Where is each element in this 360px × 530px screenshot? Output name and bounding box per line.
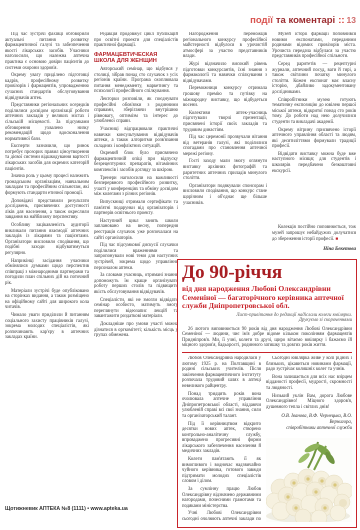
header-separator: :: bbox=[338, 15, 344, 26]
page-number: 13 bbox=[347, 15, 356, 25]
anniversary-left-column: Любов Олександрівна народилася у лютому … bbox=[182, 356, 261, 522]
anniversary-note: Лист-привітання до редакції надіслали ко… bbox=[182, 313, 352, 324]
divider-rule bbox=[182, 352, 352, 353]
paragraph: Відвідати виставку можна буде вже наступ… bbox=[272, 152, 356, 174]
section-title: події bbox=[250, 15, 273, 26]
anniversary-right-text: Сьогодні ювілярка живе у колі рідних і б… bbox=[266, 356, 352, 412]
paragraph: Значна роль у цьому процесі належить гро… bbox=[5, 174, 89, 196]
note-line-2: Друкуємо зі скороченнями bbox=[182, 318, 352, 324]
anniversary-subtitle: від дня народження Любові Олександрівни … bbox=[182, 285, 352, 311]
signature: О.В. Іванова, В.Ф. Чернецька, В.О. Верни… bbox=[266, 414, 352, 431]
paragraph: Докладніше про умови участі можна дізнат… bbox=[94, 322, 178, 339]
paragraph: Чимало уваги приділили й питанням соціал… bbox=[5, 313, 89, 341]
paragraph: Учні Любові Олександрівни сьогодні очолю… bbox=[182, 511, 261, 522]
issue-info: Щотижневик АПТЕКА №8 (1111) • www.apteka… bbox=[5, 506, 128, 512]
column-2: Редакція продовжує цикл публікацій про о… bbox=[94, 32, 178, 503]
paragraph: Представники регіональних осередків поді… bbox=[5, 103, 89, 142]
paragraph: Окремий блок було присвячено фармацевтич… bbox=[94, 151, 178, 173]
paragraph: Лекторки розповіли, як поєднувати профес… bbox=[94, 97, 178, 125]
paragraph: Тренери наголосили на важливості безпере… bbox=[94, 176, 178, 198]
last-paragraph-text: Колекція постійно поповнюється, тож музе… bbox=[272, 225, 356, 242]
paragraph: Понад тридцять років вона очолювала апте… bbox=[182, 392, 261, 420]
paragraph: Спеціалісти, які не змогли відвідати сем… bbox=[94, 298, 178, 320]
paragraph: Переможниця конкурсу отримала грошову пр… bbox=[183, 86, 267, 108]
signature-names: О.В. Іванова, В.Ф. Чернецька, В.О. Верни… bbox=[266, 414, 352, 425]
paragraph: Доповідачі представили результати дослід… bbox=[5, 199, 89, 221]
paragraph: Під час зустрічі фахівці обговорили акту… bbox=[5, 32, 89, 71]
column-4-body: Музей історії фармації поповнився новими… bbox=[272, 32, 356, 225]
paragraph: Музей історії фармації поповнився новими… bbox=[272, 32, 356, 60]
anniversary-intro: 26 лютого виповнюється 90 років від дня … bbox=[182, 327, 352, 349]
column-2-intro: Редакція продовжує цикл публікацій про о… bbox=[94, 32, 178, 49]
paragraph: Журі відзначило високий рівень підготовк… bbox=[183, 62, 267, 84]
paragraph: Окрему увагу приділено підготовці кадрів… bbox=[5, 73, 89, 101]
newspaper-page: подіїта коментарі::13 Під час зустрічі ф… bbox=[0, 0, 360, 530]
paragraph: Любов Олександрівна народилася у лютому … bbox=[182, 356, 261, 390]
paragraph: За сумлінну працю Любов Олександрівну ві… bbox=[182, 487, 261, 509]
paragraph: Гості заходу мали змогу оглянути виставк… bbox=[183, 159, 267, 181]
anniversary-right-column: Сьогодні ювілярка живе у колі рідних і б… bbox=[266, 356, 352, 522]
paragraph: Колективи аптек-учасниць підготували тво… bbox=[183, 111, 267, 133]
column-2-body: Авторський семінар, що відбувся у столиц… bbox=[94, 67, 178, 339]
paragraph: Співробітники музею готують тематичну ек… bbox=[272, 98, 356, 126]
paragraph: Особливу зацікавленість аудиторії виклик… bbox=[5, 223, 89, 257]
paragraph: Наступний цикл занять школи заплановано … bbox=[94, 219, 178, 241]
paragraph: За словами учасниць, отримані знання доп… bbox=[94, 273, 178, 295]
paragraph: Під час церемонії прозвучали вітання від… bbox=[183, 135, 267, 157]
paragraph: Вона залишається для всіх нас взірцем ві… bbox=[266, 375, 352, 392]
paragraph: Експерти зазначили, що ринок потребує пр… bbox=[5, 144, 89, 172]
anniversary-article-box: До 90-річчя від дня народження Любові Ол… bbox=[177, 259, 357, 528]
end-of-article-marker: ■ bbox=[335, 236, 338, 241]
paragraph: Сьогодні ювілярка живе у колі рідних і б… bbox=[266, 356, 352, 373]
anniversary-title: До 90-річчя bbox=[182, 263, 352, 283]
paragraph: Серед раритетів — рецептурні журнали, ап… bbox=[272, 62, 356, 96]
section-title-bold: та коментарі bbox=[276, 15, 335, 26]
paragraph: Нагородження переможців регіонального ко… bbox=[183, 32, 267, 60]
anniversary-columns: Любов Олександрівна народилася у лютому … bbox=[182, 356, 352, 522]
page-footer: Щотижневик АПТЕКА №8 (1111) • www.apteka… bbox=[5, 506, 128, 512]
article-subhead: ФАРМАЦЕВТИЧЕСКАЯ ШКОЛА ДЛЯ ЖЕНЩИН bbox=[94, 52, 178, 65]
article-byline: Ніна Бекетова bbox=[272, 247, 356, 253]
paragraph: Колекція постійно поповнюється, тож музе… bbox=[272, 225, 356, 243]
flowers-photo bbox=[266, 438, 352, 522]
paragraph: Матеріали зустрічі буде опубліковано на … bbox=[5, 289, 89, 311]
paragraph: Редакція продовжує цикл публікацій про о… bbox=[94, 32, 178, 49]
signature-role: співробітники аптечної служби bbox=[266, 426, 352, 432]
paragraph: Випускниці отримали сертифікати та пам'я… bbox=[94, 200, 178, 217]
paragraph: Колеги пам'ятають її як вимогливого і во… bbox=[182, 457, 261, 485]
paragraph: Авторський семінар, що відбувся у столиц… bbox=[94, 67, 178, 95]
paragraph: Учасниці відпрацювали практичні навички … bbox=[94, 127, 178, 149]
column-1: Під час зустрічі фахівці обговорили акту… bbox=[5, 32, 89, 503]
paragraph: Під час підсумкової дискусії слухачки по… bbox=[94, 243, 178, 271]
paragraph: Організатори подякували спонсорам і висл… bbox=[183, 184, 267, 206]
page-header: подіїта коментарі::13 bbox=[250, 10, 356, 28]
paragraph: Низький уклін Вам, дорога Любове Олексан… bbox=[266, 394, 352, 411]
paragraph: Окрему вітрину присвячено історії аптечн… bbox=[272, 128, 356, 150]
paragraph: Під її керівництвом відкрито десятки нов… bbox=[182, 422, 261, 456]
paragraph: Наприкінці засідання учасники обмінялися… bbox=[5, 259, 89, 287]
